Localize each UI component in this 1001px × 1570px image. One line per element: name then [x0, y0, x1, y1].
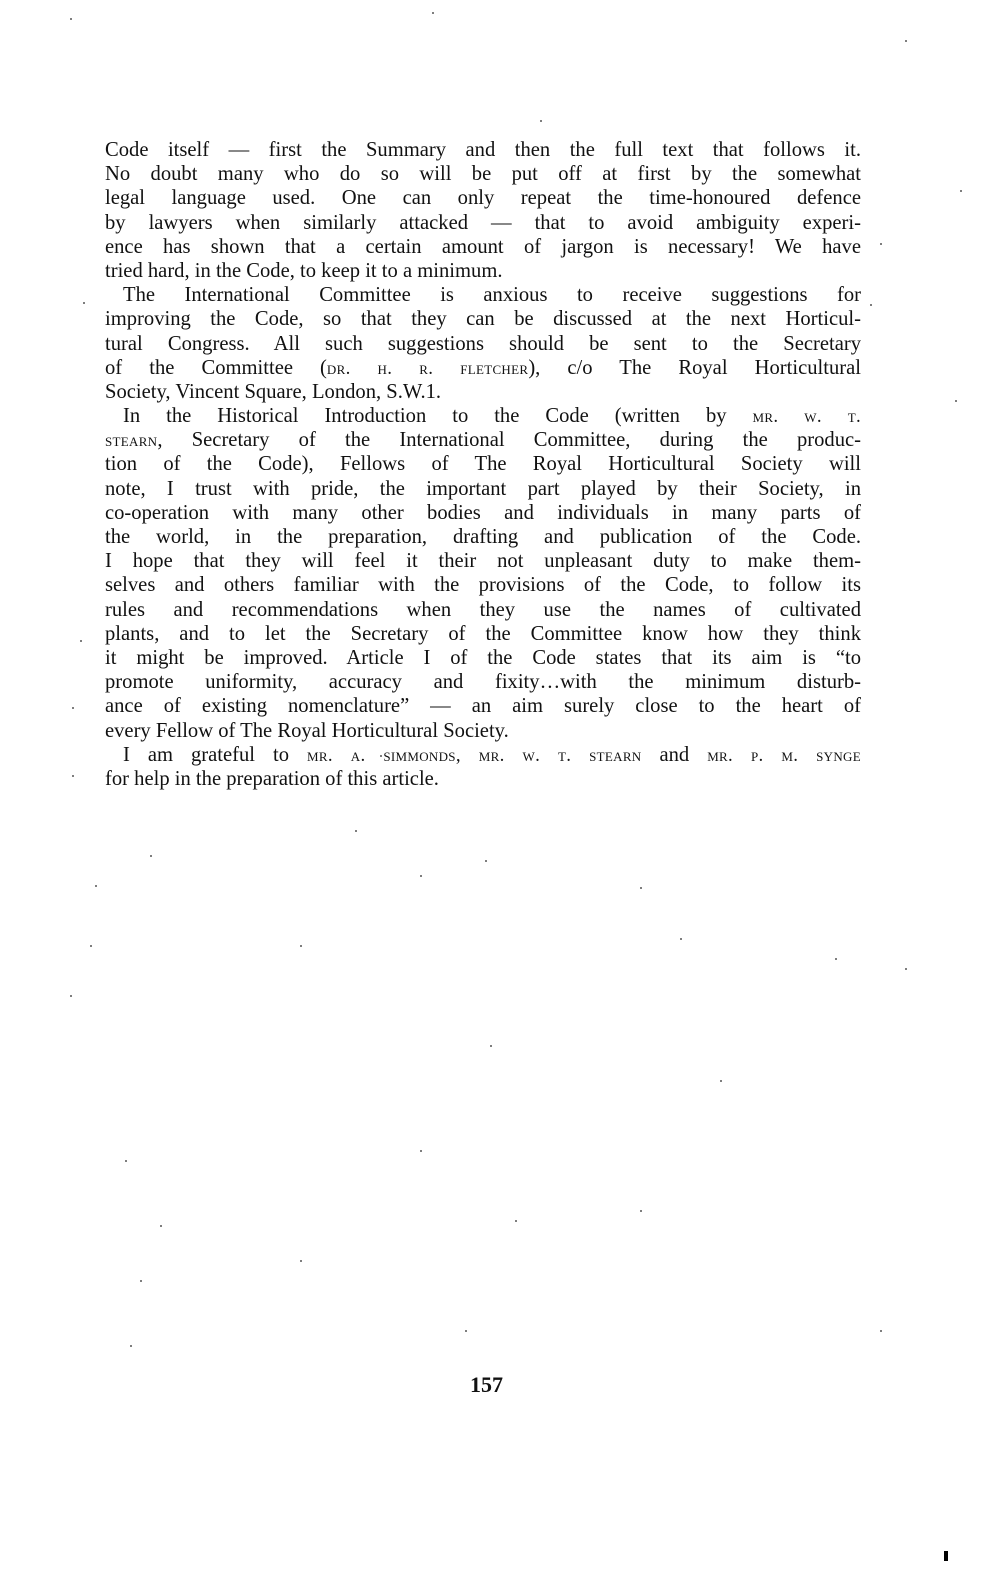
scan-speck	[72, 707, 74, 709]
scan-speck	[70, 18, 72, 20]
paragraph: I am grateful to Mr. A. Simmonds, Mr. W.…	[105, 743, 861, 791]
text-line: promote uniformity, accuracy and fixity……	[105, 670, 861, 694]
scan-speck	[905, 40, 907, 42]
small-caps-name: Mr. W. T.	[753, 406, 861, 427]
scan-speck	[90, 945, 92, 947]
text-line: No doubt many who do so will be put off …	[105, 162, 861, 186]
scan-speck	[70, 995, 72, 997]
text-line: by lawyers when similarly attacked — tha…	[105, 211, 861, 235]
text-line: every Fellow of The Royal Horticultural …	[105, 719, 861, 743]
scan-speck	[83, 302, 85, 304]
scan-speck	[680, 938, 682, 940]
scan-speck	[905, 968, 907, 970]
text-line: plants, and to let the Secretary of the …	[105, 622, 861, 646]
scan-speck	[515, 1220, 517, 1222]
small-caps-name: Mr. A. Simmonds, Mr. W. T. Stearn	[307, 745, 641, 766]
scan-speck	[870, 304, 872, 306]
paragraph: In the Historical Introduction to the Co…	[105, 404, 861, 743]
small-caps-name: Mr. P. M. Synge	[707, 745, 861, 766]
text-line: ence has shown that a certain amount of …	[105, 235, 861, 259]
text-line: In the Historical Introduction to the Co…	[105, 404, 861, 428]
text-line: Code itself — first the Summary and then…	[105, 138, 861, 162]
scan-speck	[880, 1330, 882, 1332]
scan-speck	[300, 1260, 302, 1262]
text-line: tried hard, in the Code, to keep it to a…	[105, 259, 861, 283]
paragraph: Code itself — first the Summary and then…	[105, 138, 861, 283]
text-line: it might be improved. Article I of the C…	[105, 646, 861, 670]
scan-speck	[420, 1150, 422, 1152]
scan-speck	[465, 1330, 467, 1332]
page-number: 157	[470, 1372, 503, 1398]
text-line: I am grateful to Mr. A. Simmonds, Mr. W.…	[105, 743, 861, 767]
text-line: tion of the Code), Fellows of The Royal …	[105, 452, 861, 476]
text-line: the world, in the preparation, drafting …	[105, 525, 861, 549]
text-line: of the Committee (Dr. H. R. Fletcher), c…	[105, 356, 861, 380]
text-line: improving the Code, so that they can be …	[105, 307, 861, 331]
text-line: The International Committee is anxious t…	[105, 283, 861, 307]
text-line: Stearn, Secretary of the International C…	[105, 428, 861, 452]
scan-speck	[140, 1280, 142, 1282]
text-line: legal language used. One can only repeat…	[105, 186, 861, 210]
scan-speck	[95, 885, 97, 887]
scan-speck	[420, 875, 422, 877]
paragraph: The International Committee is anxious t…	[105, 283, 861, 404]
scan-speck	[880, 243, 882, 245]
text-line: note, I trust with pride, the important …	[105, 477, 861, 501]
scan-speck	[432, 12, 434, 14]
scan-speck	[640, 1210, 642, 1212]
scan-speck	[150, 855, 152, 857]
scan-speck	[130, 1345, 132, 1347]
text-line: selves and others familiar with the prov…	[105, 573, 861, 597]
text-line: ance of existing nomenclature” — an aim …	[105, 694, 861, 718]
text-line: rules and recommendations when they use …	[105, 598, 861, 622]
scan-speck	[80, 640, 82, 642]
scan-speck	[355, 830, 357, 832]
body-text: Code itself — first the Summary and then…	[105, 138, 861, 791]
small-caps-name: Stearn	[105, 430, 157, 451]
scan-speck	[835, 958, 837, 960]
scan-speck	[160, 1225, 162, 1227]
scan-speck	[490, 1045, 492, 1047]
scan-speck	[485, 860, 487, 862]
scan-speck	[960, 190, 962, 192]
scan-speck	[720, 1080, 722, 1082]
small-caps-name: Dr. H. R. Fletcher	[327, 358, 528, 379]
scan-speck	[380, 755, 382, 757]
scan-speck	[125, 1160, 127, 1162]
text-line: tural Congress. All such suggestions sho…	[105, 332, 861, 356]
scan-speck	[300, 945, 302, 947]
document-page: Code itself — first the Summary and then…	[0, 0, 1001, 1570]
scan-speck	[540, 120, 542, 122]
scan-speck	[640, 887, 642, 889]
text-line: I hope that they will feel it their not …	[105, 549, 861, 573]
scan-speck	[72, 775, 74, 777]
text-line: for help in the preparation of this arti…	[105, 767, 861, 791]
scan-edge-mark	[944, 1551, 948, 1561]
text-line: co-operation with many other bodies and …	[105, 501, 861, 525]
text-line: Society, Vincent Square, London, S.W.1.	[105, 380, 861, 404]
scan-speck	[955, 400, 957, 402]
